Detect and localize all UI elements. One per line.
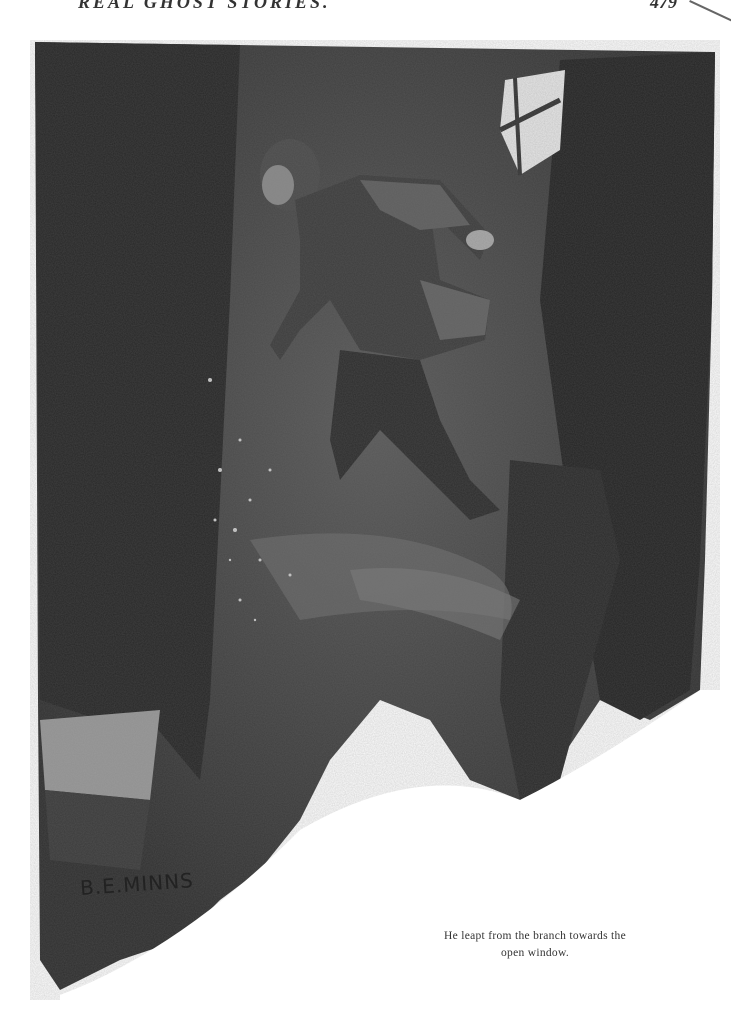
caption-line-2: open window. — [380, 945, 690, 962]
caption-line-1: He leapt from the branch towards the — [380, 928, 690, 945]
figure-caption: He leapt from the branch towards the ope… — [380, 928, 690, 962]
illustration — [0, 0, 731, 1024]
